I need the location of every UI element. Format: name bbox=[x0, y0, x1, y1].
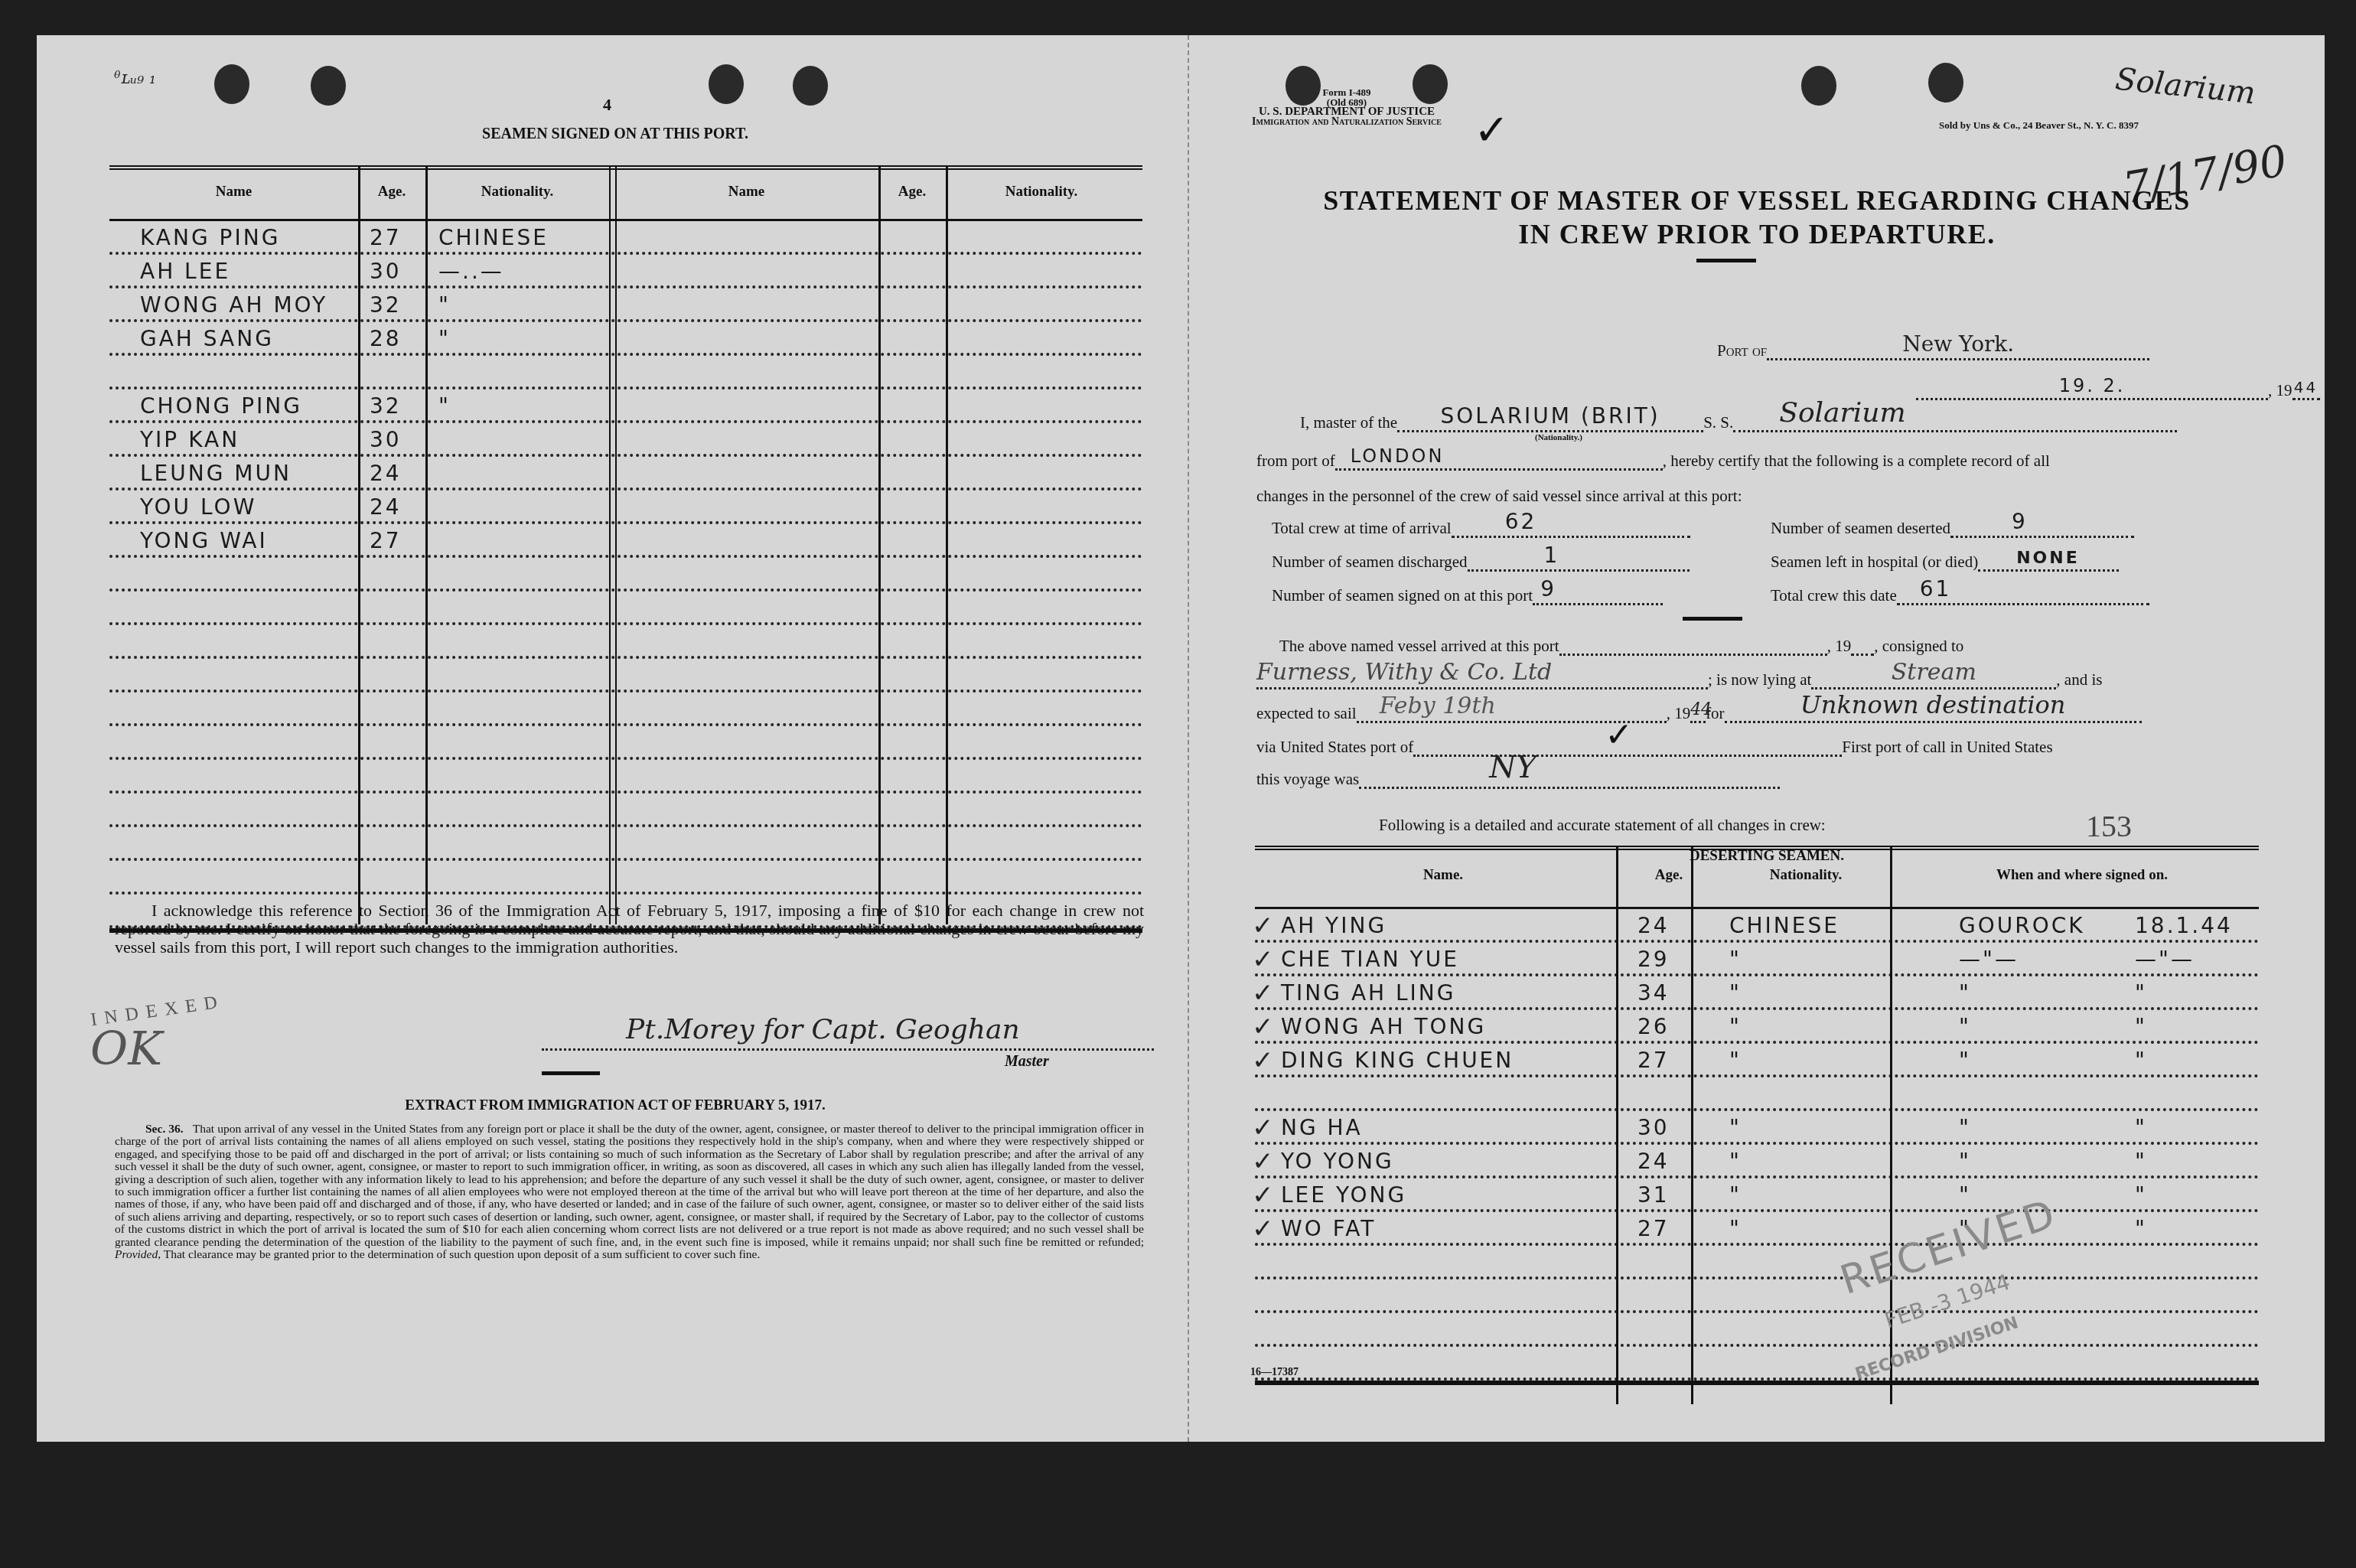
table-row bbox=[109, 356, 1142, 390]
name-cell[interactable]: TING AH LING bbox=[1281, 980, 1456, 1006]
stat-discharged: Number of seamen discharged1 bbox=[1272, 553, 1690, 572]
signed-on-date-cell[interactable]: " bbox=[2135, 1115, 2147, 1140]
port-field: Port ofNew York. bbox=[1717, 341, 2149, 360]
check-mark-icon: ✓ bbox=[1252, 911, 1274, 941]
nationality-cell[interactable]: —..— bbox=[438, 259, 504, 284]
from-port-label: from port of bbox=[1256, 451, 1335, 470]
table-body: ✓AH YING24CHINESEGOUROCK18.1.44✓CHE TIAN… bbox=[1255, 909, 2259, 1381]
signed-on-place-cell[interactable]: —"— bbox=[1959, 947, 2019, 972]
table-row: ✓DING KING CHUEN27""" bbox=[1255, 1044, 2259, 1077]
name-cell[interactable]: WONG AH MOY bbox=[140, 292, 327, 318]
table-row bbox=[109, 726, 1142, 760]
voyage-field: this voyage wasNY bbox=[1256, 770, 1780, 789]
title-rule bbox=[1696, 259, 1756, 262]
acknowledgement-text: I acknowledge this reference to Section … bbox=[115, 901, 1144, 957]
form-title: STATEMENT OF MASTER OF VESSEL REGARDING … bbox=[1189, 184, 2325, 251]
stat-deserted: Number of seamen deserted9 bbox=[1771, 519, 2134, 538]
column-divider bbox=[946, 165, 948, 924]
vendor-imprint: Sold by Uns & Co., 24 Beaver St., N. Y. … bbox=[1939, 119, 2139, 132]
age-cell[interactable]: 27 bbox=[370, 225, 402, 250]
check-mark-icon: ✓ bbox=[1252, 944, 1274, 975]
voyage-value[interactable]: NY bbox=[1489, 750, 1780, 785]
consignee-field: Furness, Withy & Co. Ltd; is now lying a… bbox=[1256, 670, 2102, 689]
table-row: ✓TING AH LING34""" bbox=[1255, 976, 2259, 1010]
table-row: WONG AH MOY32" bbox=[109, 288, 1142, 322]
signed-on-date-cell[interactable]: " bbox=[2135, 980, 2147, 1006]
stat-value[interactable]: 9 bbox=[2012, 509, 2134, 534]
column-divider bbox=[1616, 846, 1618, 1404]
column-header-name-2: Name bbox=[614, 184, 878, 200]
stat-label: Total crew at time of arrival bbox=[1272, 519, 1452, 537]
punch-hole bbox=[1801, 66, 1836, 106]
nationality-cell[interactable]: " bbox=[1729, 1216, 1742, 1241]
form-header: Form I-489 (Old 689) U. S. DEPARTMENT OF… bbox=[1232, 87, 1462, 127]
print-code: 16—17387 bbox=[1250, 1367, 1299, 1379]
nationality-cell[interactable]: " bbox=[1729, 1115, 1742, 1140]
table-row: CHONG PING32" bbox=[109, 390, 1142, 423]
signed-on-date-cell[interactable]: 18.1.44 bbox=[2135, 913, 2233, 938]
age-cell[interactable]: 28 bbox=[370, 326, 402, 351]
column-header-nationality: Nationality. bbox=[1706, 867, 1905, 884]
age-cell[interactable]: 30 bbox=[1637, 1115, 1670, 1140]
name-cell[interactable]: YOU LOW bbox=[140, 494, 256, 520]
punch-hole bbox=[1928, 63, 1963, 103]
nationality-cell[interactable]: " bbox=[438, 326, 451, 351]
nationality-cell[interactable]: " bbox=[438, 393, 451, 419]
table-row: ✓YO YONG24""" bbox=[1255, 1145, 2259, 1178]
via-label: via United States port of bbox=[1256, 738, 1413, 756]
signed-on-date-cell[interactable]: " bbox=[2135, 1216, 2147, 1241]
master-signature: Pt.Morey for Capt. Geoghan bbox=[626, 1014, 1020, 1045]
age-cell[interactable]: 27 bbox=[370, 528, 402, 553]
name-cell[interactable]: WONG AH TONG bbox=[1281, 1014, 1486, 1039]
table-row: ✓CHE TIAN YUE29"—"——"— bbox=[1255, 943, 2259, 976]
section-36-text: Sec. 36. That upon arrival of any vessel… bbox=[115, 1123, 1144, 1261]
following-text: Following is a detailed and accurate sta… bbox=[1379, 816, 1826, 835]
column-divider bbox=[358, 165, 360, 924]
master-label: Master bbox=[1005, 1053, 1049, 1071]
signed-on-place-cell[interactable]: " bbox=[1959, 1014, 1971, 1039]
table-bottom-rule bbox=[1255, 1381, 2259, 1385]
certify-text: , hereby certify that the following is a… bbox=[1663, 451, 2050, 470]
column-header-signed-on: When and where signed on. bbox=[1905, 867, 2259, 884]
name-cell[interactable]: DING KING CHUEN bbox=[1281, 1048, 1514, 1073]
signed-on-place-cell[interactable]: " bbox=[1959, 980, 1971, 1006]
stat-hospital: Seamen left in hospital (or died)NONE bbox=[1771, 553, 2119, 572]
column-header-age: Age. bbox=[1631, 867, 1706, 884]
column-header-nationality: Nationality. bbox=[425, 184, 609, 200]
signed-on-date-cell[interactable]: " bbox=[2135, 1014, 2147, 1039]
signed-on-place-cell[interactable]: " bbox=[1959, 1115, 1971, 1140]
arrived-field: The above named vessel arrived at this p… bbox=[1279, 637, 1963, 656]
stat-label: Number of seamen signed on at this port bbox=[1272, 586, 1533, 605]
stat-value[interactable]: NONE bbox=[2016, 549, 2119, 568]
nationality-cell[interactable]: " bbox=[1729, 1048, 1742, 1073]
signed-on-date-cell[interactable]: " bbox=[2135, 1048, 2147, 1073]
seamen-signed-on-table: Name Age. Nationality. Name Age. Nationa… bbox=[109, 165, 1142, 933]
age-cell[interactable]: 26 bbox=[1637, 1014, 1670, 1039]
stat-value[interactable]: 61 bbox=[1920, 576, 2149, 601]
column-header-age: Age. bbox=[358, 184, 425, 200]
name-cell[interactable]: YONG WAI bbox=[140, 528, 268, 553]
age-cell[interactable]: 30 bbox=[370, 259, 402, 284]
signed-on-place-cell[interactable]: GOUROCK bbox=[1959, 913, 2085, 938]
table-row bbox=[109, 760, 1142, 794]
table-row: YOU LOW24 bbox=[109, 491, 1142, 524]
section-title: SEAMEN SIGNED ON AT THIS PORT. bbox=[37, 126, 1194, 143]
table-row bbox=[109, 558, 1142, 592]
stat-label: Seamen left in hospital (or died) bbox=[1771, 553, 1978, 571]
check-mark-icon: ✓ bbox=[1252, 1113, 1274, 1143]
signed-on-place-cell[interactable]: " bbox=[1959, 1182, 1971, 1208]
name-cell[interactable]: CHONG PING bbox=[140, 393, 302, 419]
age-cell[interactable]: 32 bbox=[370, 292, 402, 318]
nationality-cell[interactable]: CHINESE bbox=[1729, 913, 1840, 938]
nationality-cell[interactable]: " bbox=[1729, 1182, 1742, 1208]
master-of-label: I, master of the bbox=[1300, 413, 1397, 432]
table-row bbox=[1255, 1280, 2259, 1313]
nationality-cell[interactable]: " bbox=[1729, 1149, 1742, 1174]
table-row bbox=[109, 592, 1142, 625]
nationality-caption: (Nationality.) bbox=[1535, 433, 1582, 442]
table-row bbox=[109, 625, 1142, 659]
voyage-label: this voyage was bbox=[1256, 770, 1359, 788]
date-value[interactable]: 19. 2. bbox=[1916, 375, 2268, 396]
handwritten-vessel-name: Solarium bbox=[2113, 62, 2257, 112]
age-cell[interactable]: 24 bbox=[370, 461, 402, 486]
service-name: Immigration and Naturalization Service bbox=[1232, 117, 1462, 127]
consignee-value[interactable]: Furness, Withy & Co. Ltd bbox=[1256, 659, 1708, 686]
column-divider bbox=[425, 165, 428, 924]
column-divider-double bbox=[609, 165, 617, 924]
stat-label: Total crew this date bbox=[1771, 586, 1897, 605]
from-port-field: from port ofLONDON, hereby certify that … bbox=[1256, 451, 2050, 471]
nationality-cell[interactable]: CHINESE bbox=[438, 225, 549, 250]
arrived-label: The above named vessel arrived at this p… bbox=[1279, 637, 1559, 655]
expected-label: expected to sail bbox=[1256, 704, 1357, 722]
punch-hole bbox=[793, 66, 828, 106]
name-cell[interactable]: WO FAT bbox=[1281, 1216, 1376, 1241]
year-value[interactable]: 44 bbox=[2292, 378, 2320, 396]
punch-hole bbox=[709, 64, 744, 104]
signed-on-date-cell[interactable]: —"— bbox=[2135, 947, 2195, 972]
stamp-number: 153 bbox=[2086, 808, 2132, 844]
signature-line: Pt.Morey for Capt. Geoghan bbox=[542, 1015, 1154, 1051]
name-cell[interactable]: YO YONG bbox=[1281, 1149, 1394, 1174]
stat-value[interactable]: 62 bbox=[1505, 509, 1690, 534]
table-row bbox=[1255, 1347, 2259, 1381]
name-cell[interactable]: KANG PING bbox=[140, 225, 280, 250]
name-cell[interactable]: LEE YONG bbox=[1281, 1182, 1406, 1208]
age-cell[interactable]: 32 bbox=[370, 393, 402, 419]
table-row: KANG PING27CHINESE bbox=[109, 221, 1142, 255]
table-row bbox=[1255, 1246, 2259, 1280]
section-body: That upon arrival of any vessel in the U… bbox=[115, 1123, 1144, 1249]
title-line-1: STATEMENT OF MASTER OF VESSEL REGARDING … bbox=[1189, 184, 2325, 217]
left-page: ᶿʟᵤ₉ ₁ 4 SEAMEN SIGNED ON AT THIS PORT. … bbox=[37, 35, 1194, 1442]
signed-on-place-cell[interactable]: " bbox=[1959, 1149, 1971, 1174]
stat-total-date: Total crew this date61 bbox=[1771, 586, 2149, 605]
name-cell[interactable]: AH YING bbox=[1281, 913, 1387, 938]
name-cell[interactable]: NG HA bbox=[1281, 1115, 1363, 1140]
column-header-name: Name. bbox=[1255, 867, 1631, 884]
table-row: AH LEE30—..— bbox=[109, 255, 1142, 288]
stat-value[interactable]: 9 bbox=[1540, 576, 1663, 601]
name-cell[interactable]: AH LEE bbox=[140, 259, 230, 284]
corner-marks: ᶿʟᵤ₉ ₁ bbox=[113, 69, 156, 88]
column-header-nationality-2: Nationality. bbox=[946, 184, 1137, 200]
table-body: KANG PING27CHINESEAH LEE30—..—WONG AH MO… bbox=[109, 221, 1142, 928]
nationality-cell[interactable]: " bbox=[1729, 947, 1742, 972]
and-is-label: , and is bbox=[2056, 670, 2102, 689]
signed-on-date-cell[interactable]: " bbox=[2135, 1182, 2147, 1208]
consigned-label: , consigned to bbox=[1874, 637, 1963, 655]
stat-value[interactable]: 1 bbox=[1544, 543, 1690, 568]
table-row bbox=[109, 794, 1142, 827]
extract-title: EXTRACT FROM IMMIGRATION ACT OF FEBRUARY… bbox=[37, 1097, 1194, 1114]
stat-label: Number of seamen deserted bbox=[1771, 519, 1950, 537]
section-provided: Provided, bbox=[115, 1248, 161, 1261]
name-cell[interactable]: YIP KAN bbox=[140, 427, 240, 452]
table-row: YIP KAN30 bbox=[109, 423, 1142, 457]
age-cell[interactable]: 34 bbox=[1637, 980, 1670, 1006]
changes-text: changes in the personnel of the crew of … bbox=[1256, 487, 1742, 506]
from-port-value[interactable]: LONDON bbox=[1351, 445, 1663, 467]
port-label: Port of bbox=[1717, 341, 1767, 360]
age-cell[interactable]: 27 bbox=[1637, 1216, 1670, 1241]
indexed-ok-mark: OK bbox=[90, 1022, 162, 1076]
table-row bbox=[1255, 1313, 2259, 1347]
name-cell[interactable]: CHE TIAN YUE bbox=[1281, 947, 1459, 972]
page-number: 4 bbox=[603, 95, 611, 115]
short-rule bbox=[542, 1071, 600, 1075]
check-mark-icon: ✓ bbox=[1252, 1214, 1274, 1244]
table-row: ✓NG HA30""" bbox=[1255, 1111, 2259, 1145]
stat-signed-on: Number of seamen signed on at this port9 bbox=[1272, 586, 1663, 605]
column-divider bbox=[1691, 846, 1693, 1404]
nationality-cell[interactable]: " bbox=[438, 292, 451, 318]
table-row bbox=[109, 659, 1142, 693]
signed-on-place-cell[interactable]: " bbox=[1959, 1048, 1971, 1073]
nationality-cell[interactable]: " bbox=[1729, 980, 1742, 1006]
name-cell[interactable]: GAH SANG bbox=[140, 326, 274, 351]
lying-label: ; is now lying at bbox=[1708, 670, 1811, 689]
arrived-year-prefix: , 19 bbox=[1827, 637, 1852, 655]
age-cell[interactable]: 29 bbox=[1637, 947, 1670, 972]
stat-label: Number of seamen discharged bbox=[1272, 553, 1468, 571]
table-row bbox=[1255, 1077, 2259, 1111]
table-row: ✓WONG AH TONG26""" bbox=[1255, 1010, 2259, 1044]
master-of-field: I, master of theSOLARIUM (BRIT)S. S.Sola… bbox=[1300, 413, 2177, 432]
check-mark-icon: ✓ bbox=[1252, 1146, 1274, 1177]
nationality-cell[interactable]: " bbox=[1729, 1014, 1742, 1039]
check-mark-icon: ✓ bbox=[1252, 978, 1274, 1009]
check-mark-icon: ✓ bbox=[1252, 1012, 1274, 1042]
signed-on-date-cell[interactable]: " bbox=[2135, 1149, 2147, 1174]
year-prefix: , 19 bbox=[2268, 381, 2292, 399]
check-mark-icon: ✓ bbox=[1252, 1180, 1274, 1211]
age-cell[interactable]: 31 bbox=[1637, 1182, 1670, 1208]
table-row: ✓AH YING24CHINESEGOUROCK18.1.44 bbox=[1255, 909, 2259, 943]
table-header: Name. Age. Nationality. When and where s… bbox=[1255, 846, 2259, 909]
vessel-nationality-value[interactable]: SOLARIUM (BRIT) bbox=[1397, 403, 1703, 429]
via-check-mark-icon: ✓ bbox=[1605, 716, 1842, 755]
column-divider bbox=[878, 165, 881, 924]
table-row: ✓WO FAT27""" bbox=[1255, 1212, 2259, 1246]
ss-value[interactable]: Solarium bbox=[1779, 397, 2177, 429]
table-row bbox=[109, 861, 1142, 895]
age-cell[interactable]: 24 bbox=[1637, 913, 1670, 938]
table-row: GAH SANG28" bbox=[109, 322, 1142, 356]
punch-hole bbox=[214, 64, 249, 104]
column-header-age-2: Age. bbox=[878, 184, 946, 200]
deserting-seamen-table: Name. Age. Nationality. When and where s… bbox=[1255, 846, 2259, 1385]
table-row bbox=[109, 827, 1142, 861]
table-header: Name Age. Nationality. Name Age. Nationa… bbox=[109, 165, 1142, 221]
lying-value[interactable]: Stream bbox=[1811, 659, 2056, 686]
table-row: LEUNG MUN24 bbox=[109, 457, 1142, 491]
ss-label: S. S. bbox=[1703, 413, 1733, 432]
table-row: YONG WAI27 bbox=[109, 524, 1142, 558]
port-value[interactable]: New York. bbox=[1767, 331, 2149, 357]
title-line-2: IN CREW PRIOR TO DEPARTURE. bbox=[1189, 217, 2325, 251]
age-cell[interactable]: 24 bbox=[1637, 1149, 1670, 1174]
age-cell[interactable]: 27 bbox=[1637, 1048, 1670, 1073]
stat-total-arrival: Total crew at time of arrival62 bbox=[1272, 519, 1690, 538]
name-cell[interactable]: LEUNG MUN bbox=[140, 461, 292, 486]
stats-rule bbox=[1683, 617, 1742, 621]
column-header-name: Name bbox=[109, 184, 358, 200]
check-mark-icon: ✓ bbox=[1252, 1045, 1274, 1076]
section-tail: That clearance may be granted prior to t… bbox=[164, 1248, 761, 1261]
check-mark-icon: ✓ bbox=[1474, 106, 1510, 155]
punch-hole bbox=[311, 66, 346, 106]
first-port-label: First port of call in United States bbox=[1842, 738, 2052, 756]
table-row bbox=[109, 693, 1142, 726]
section-label: Sec. 36. bbox=[145, 1123, 184, 1136]
table-row: ✓LEE YONG31""" bbox=[1255, 1178, 2259, 1212]
age-cell[interactable]: 24 bbox=[370, 494, 402, 520]
age-cell[interactable]: 30 bbox=[370, 427, 402, 452]
